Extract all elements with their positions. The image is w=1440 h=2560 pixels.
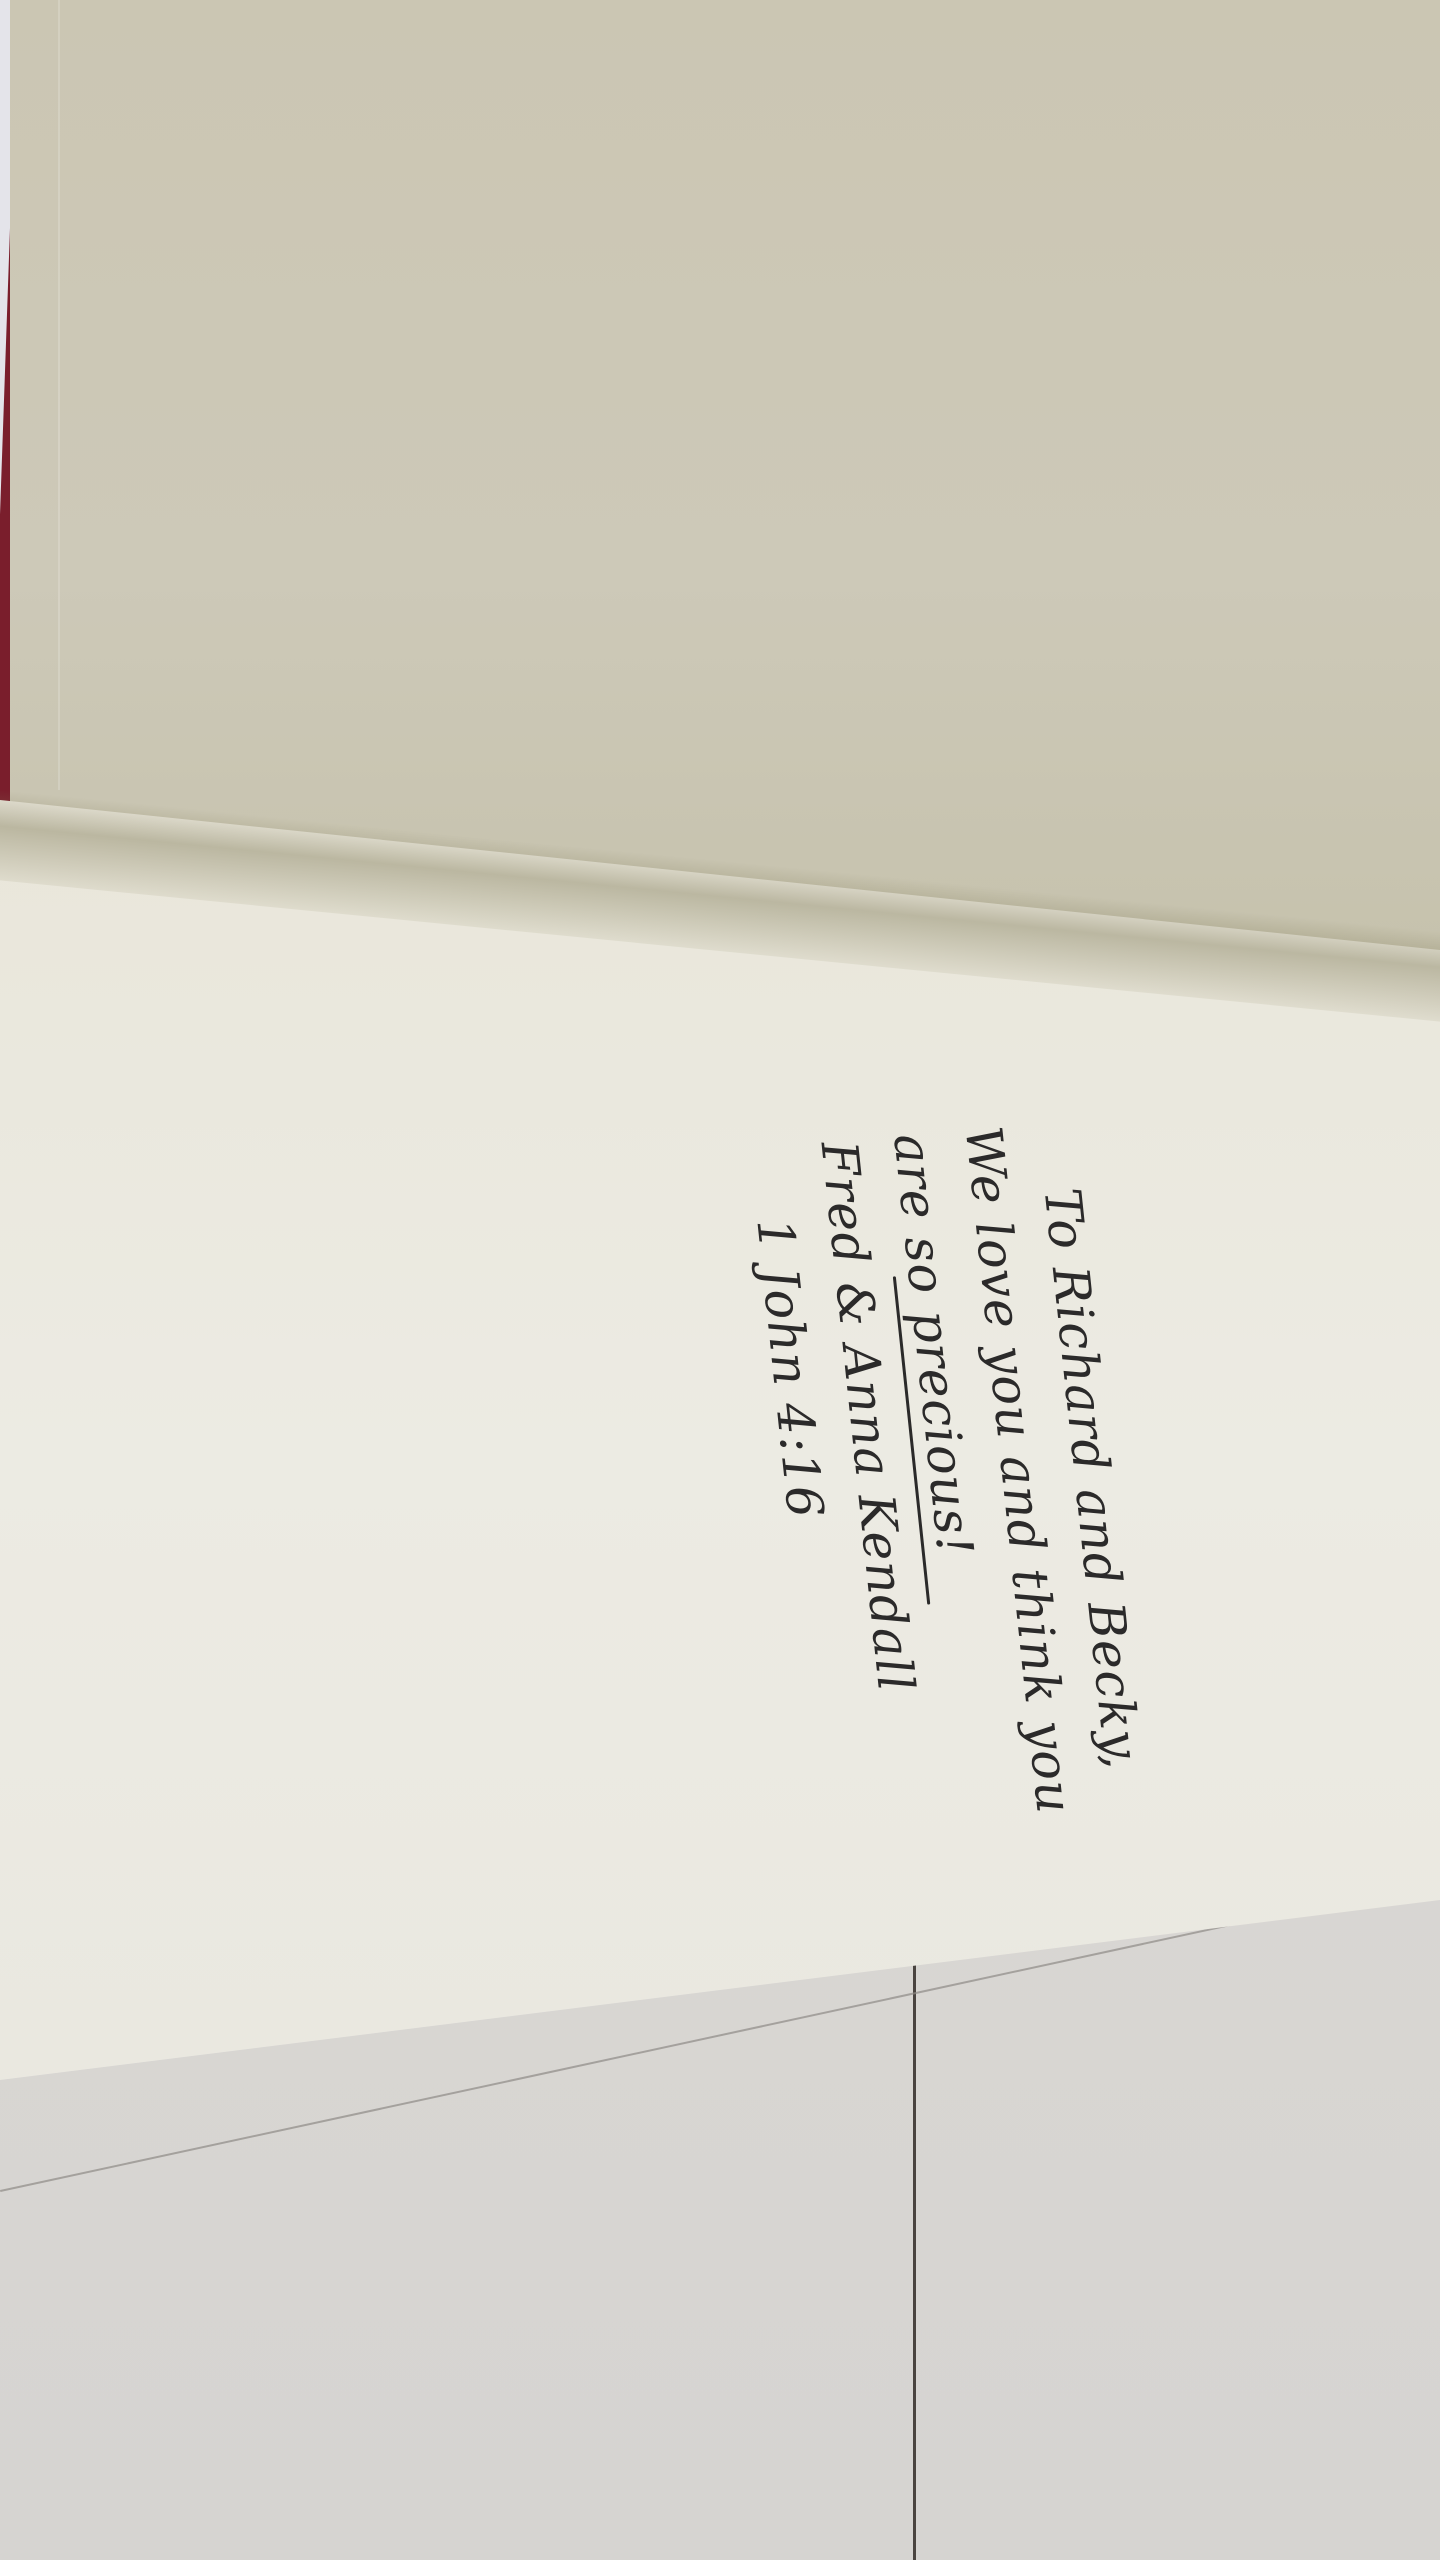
hinge-line	[58, 0, 60, 790]
table-seam-vertical	[913, 1960, 916, 2560]
